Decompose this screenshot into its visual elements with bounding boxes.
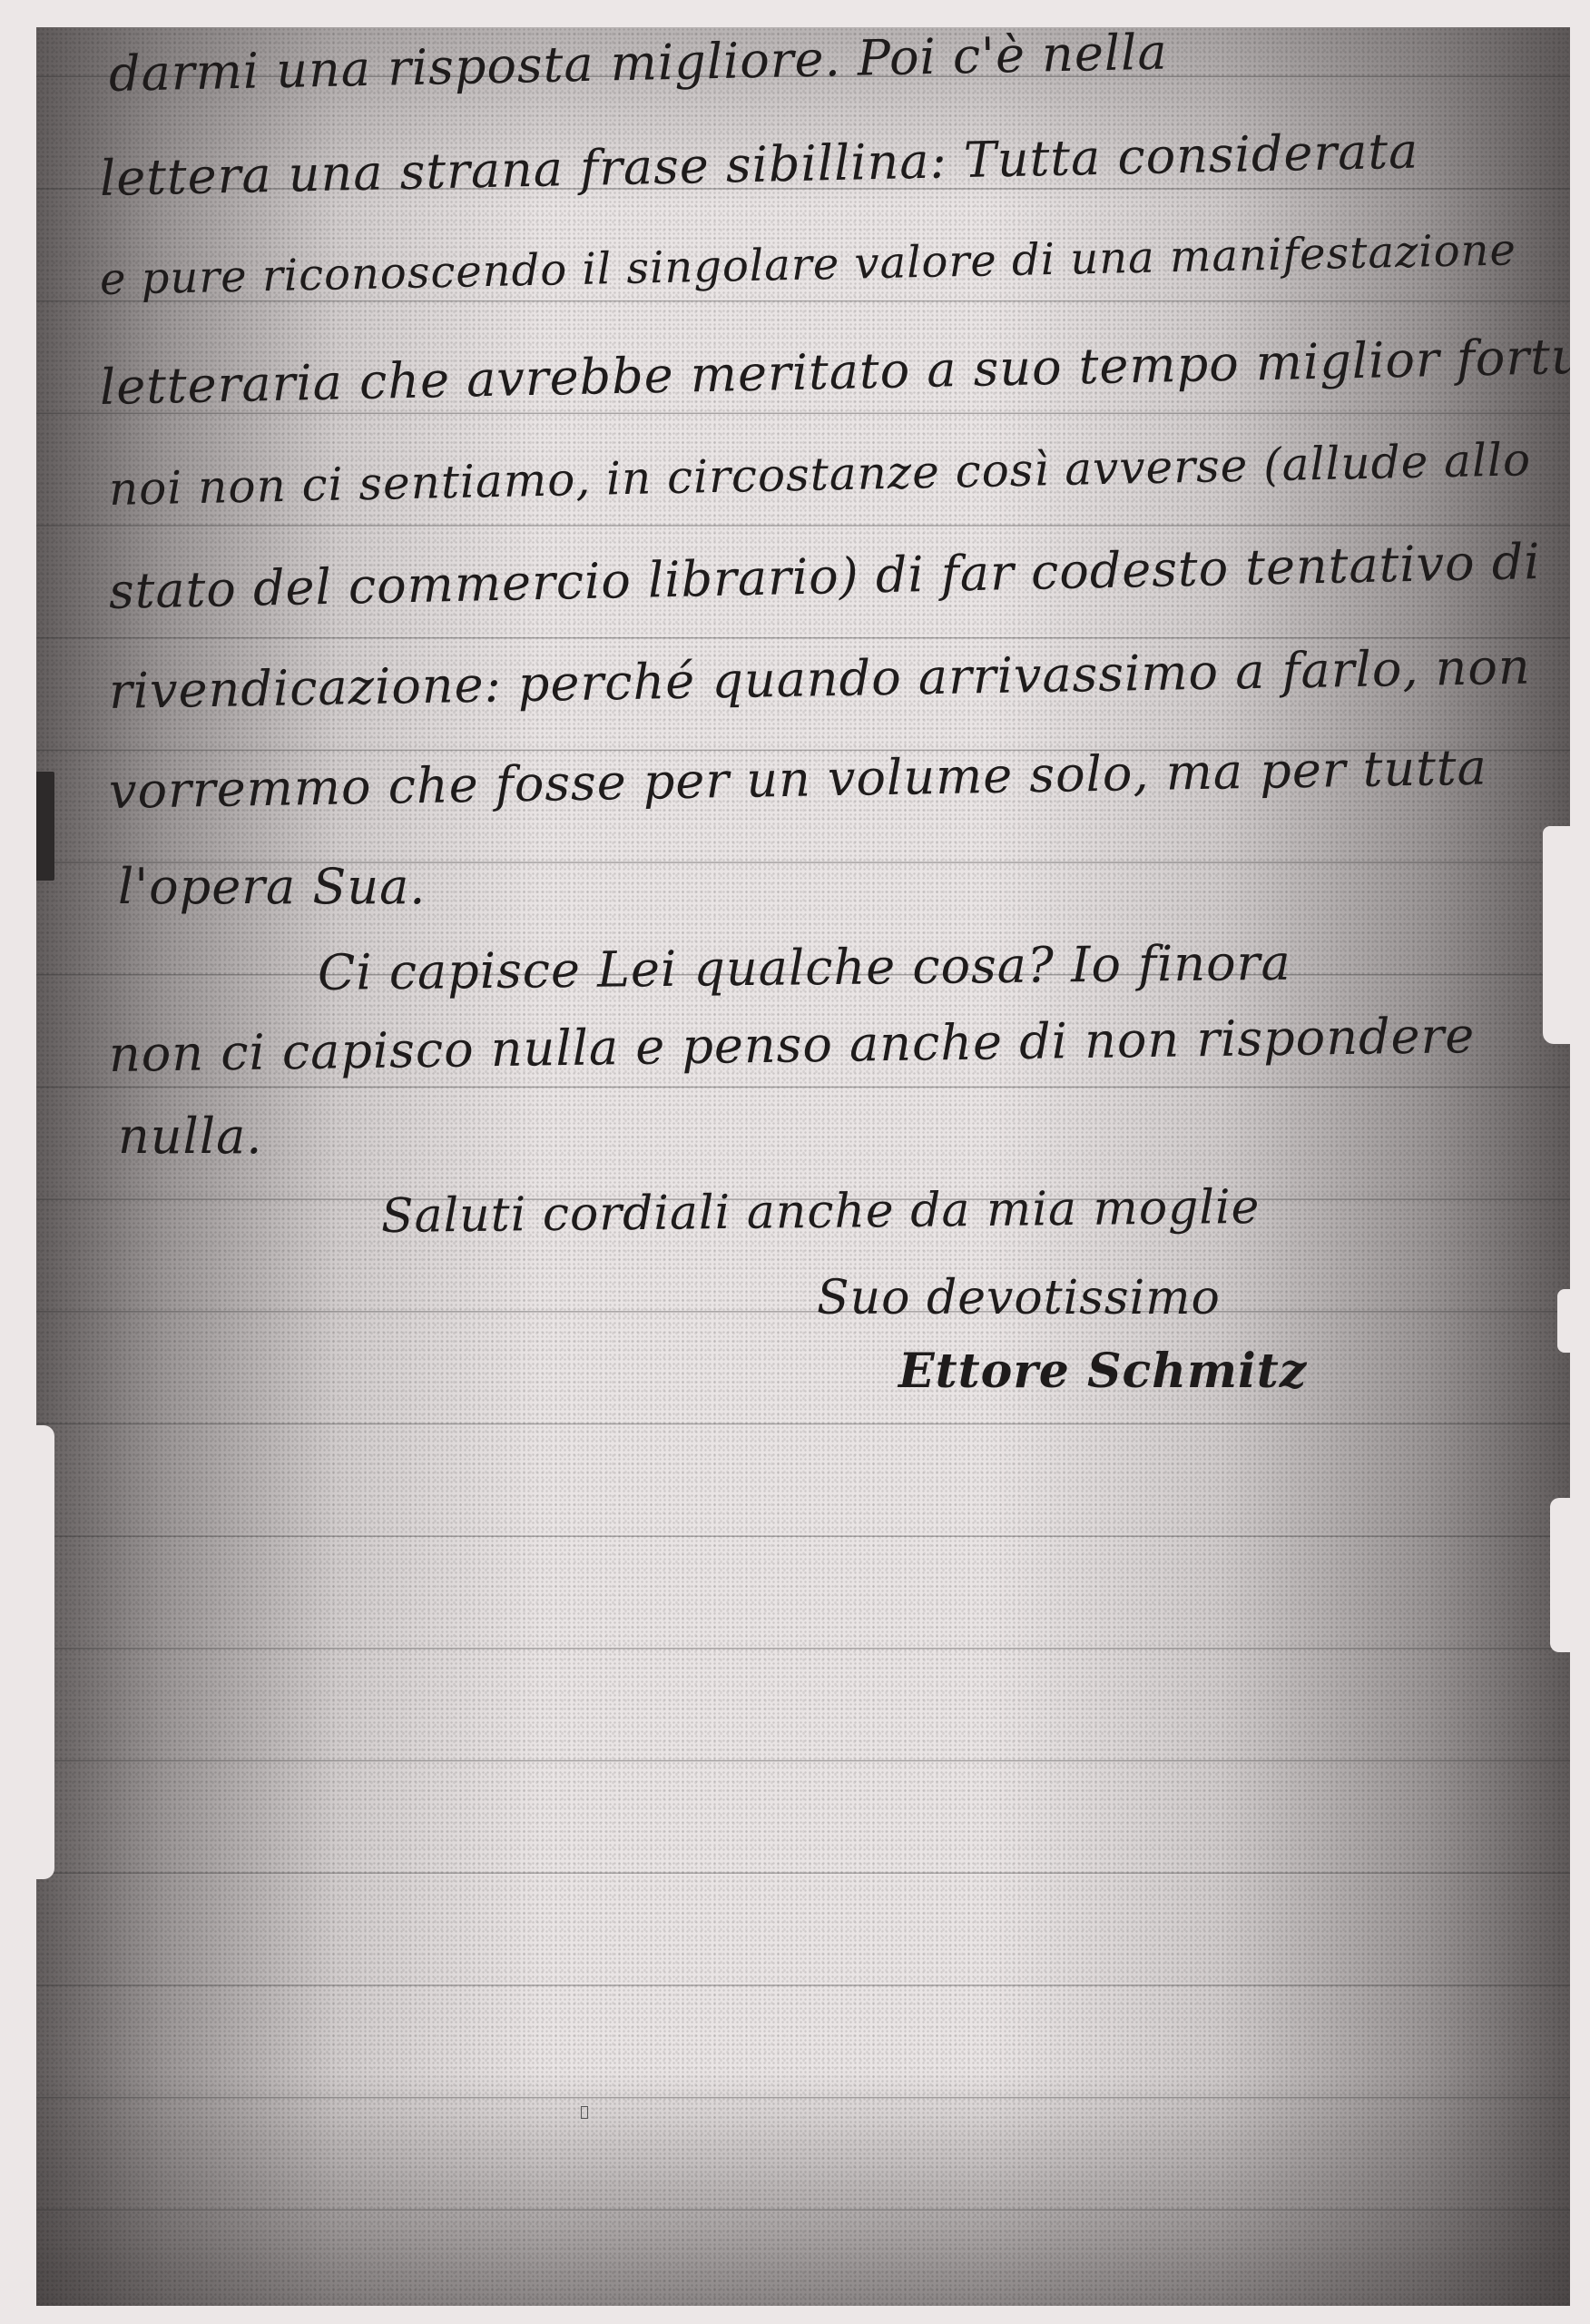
- torn-edge-right-3: [1550, 1498, 1570, 1652]
- torn-edge-left-lower: [36, 1425, 54, 1879]
- torn-edge-right-1: [1543, 826, 1570, 1044]
- letter-line-10: Ci capisce Lei qualche cosa? Io finora: [318, 934, 1291, 1001]
- signature: Ettore Schmitz: [898, 1344, 1307, 1399]
- torn-edge-right-2: [1557, 1289, 1570, 1353]
- stray-mark: [581, 2106, 588, 2119]
- letter-page: darmi una risposta migliore. Poi c'è nel…: [36, 27, 1570, 2306]
- closing-greeting: Saluti cordiali anche da mia moglie: [381, 1180, 1261, 1244]
- letter-line-12: nulla.: [118, 1108, 262, 1165]
- letter-line-9: l'opera Sua.: [118, 858, 426, 915]
- closing-valediction: Suo devotissimo: [817, 1271, 1221, 1325]
- torn-edge-left: [36, 772, 54, 881]
